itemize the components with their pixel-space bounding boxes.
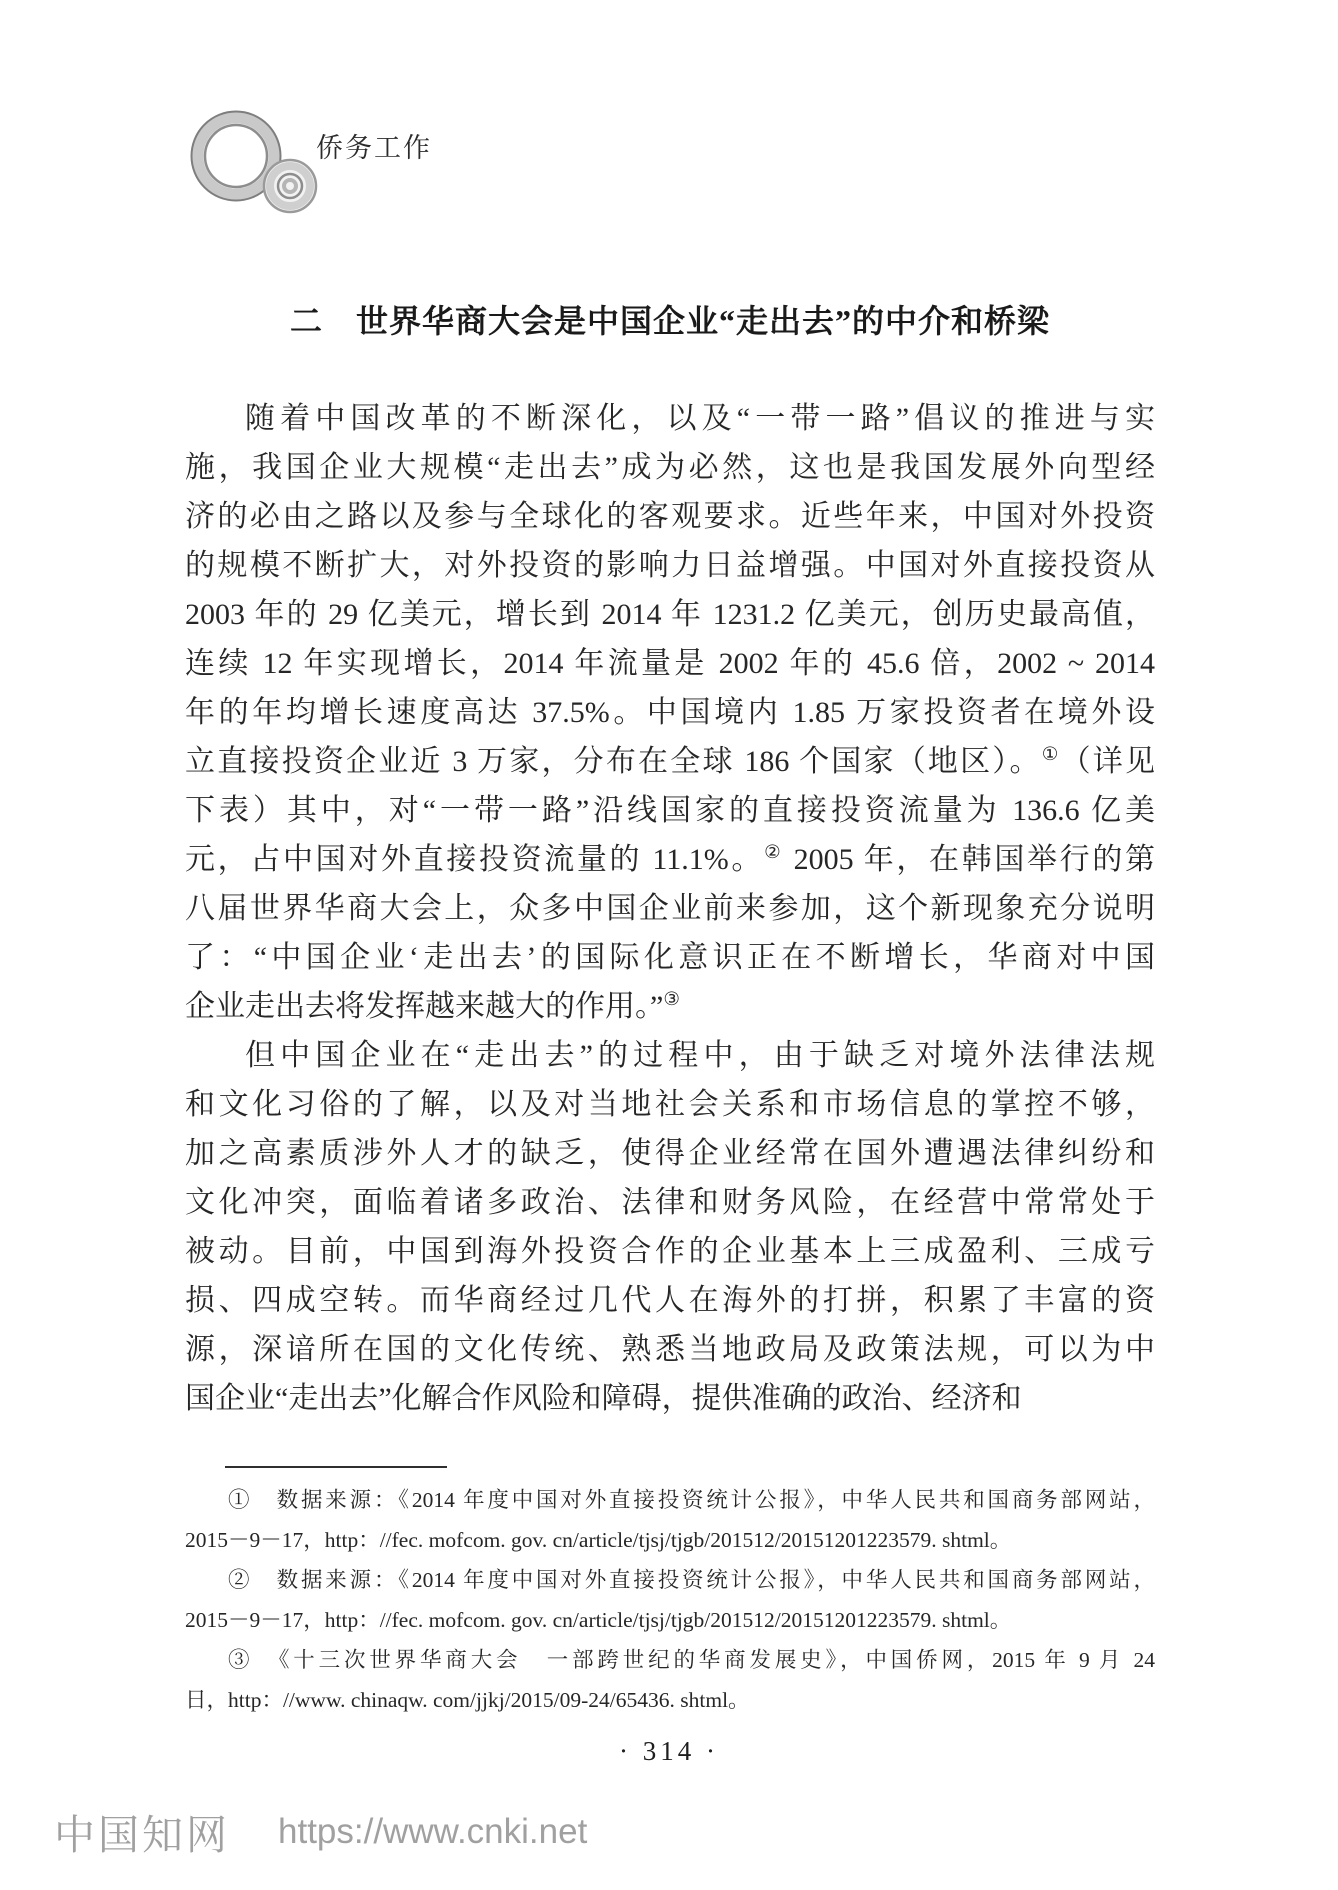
text-line: 2015－9－17，http：//fec. mofcom. gov. cn/ar… <box>185 1600 1155 1640</box>
text-line: ① 数据来源：《2014 年度中国对外直接投资统计公报》，中华人民共和国商务部网… <box>185 1480 1155 1520</box>
paragraph-2: 但中国企业在“走出去”的过程中，由于缺乏对境外法律法规和文化习俗的了解，以及对当… <box>185 1031 1155 1423</box>
text-line: 的规模不断扩大，对外投资的影响力日益增强。中国对外直接投资从 <box>185 541 1155 590</box>
text-line: ③ 《十三次世界华商大会 一部跨世纪的华商发展史》，中国侨网，2015 年 9 … <box>185 1640 1155 1680</box>
cnki-logo-text: 中国知网 <box>54 1802 230 1861</box>
text-line: 加之高素质涉外人才的缺乏，使得企业经常在国外遭遇法律纠纷和 <box>185 1129 1155 1178</box>
text-line: 下表）其中，对“一带一路”沿线国家的直接投资流量为 136.6 亿美 <box>185 786 1155 835</box>
page-number: · 314 · <box>0 1736 1338 1767</box>
footnote-1: ① 数据来源：《2014 年度中国对外直接投资统计公报》，中华人民共和国商务部网… <box>185 1480 1155 1560</box>
text-line: 元，占中国对外直接投资流量的 11.1%。② 2005 年，在韩国举行的第 <box>185 835 1155 884</box>
text-line: 年的年均增长速度高达 37.5%。中国境内 1.85 万家投资者在境外设 <box>185 688 1155 737</box>
paragraph-1: 随着中国改革的不断深化，以及“一带一路”倡议的推进与实施，我国企业大规模“走出去… <box>185 394 1155 1031</box>
text-line: 国企业“走出去”化解合作风险和障碍，提供准确的政治、经济和 <box>185 1374 1155 1423</box>
text-line: 源，深谙所在国的文化传统、熟悉当地政局及政策法规，可以为中 <box>185 1325 1155 1374</box>
footnote-3: ③ 《十三次世界华商大会 一部跨世纪的华商发展史》，中国侨网，2015 年 9 … <box>185 1640 1155 1720</box>
text-line: 了：“中国企业‘走出去’的国际化意识正在不断增长，华商对中国 <box>185 933 1155 982</box>
text-line: 企业走出去将发挥越来越大的作用。”③ <box>185 982 1155 1031</box>
text-line: 随着中国改革的不断深化，以及“一带一路”倡议的推进与实 <box>185 394 1155 443</box>
text-line: 连续 12 年实现增长，2014 年流量是 2002 年的 45.6 倍，200… <box>185 639 1155 688</box>
cnki-url: https://www.cnki.net <box>278 1812 587 1852</box>
text-line: 立直接投资企业近 3 万家，分布在全球 186 个国家（地区）。①（详见 <box>185 737 1155 786</box>
text-line: 和文化习俗的了解，以及对当地社会关系和市场信息的掌控不够， <box>185 1080 1155 1129</box>
text-line: 损、四成空转。而华商经过几代人在海外的打拼，积累了丰富的资 <box>185 1276 1155 1325</box>
document-page: 侨务工作 二 世界华商大会是中国企业“走出去”的中介和桥梁 随着中国改革的不断深… <box>0 0 1338 1890</box>
text-line: ② 数据来源：《2014 年度中国对外直接投资统计公报》，中华人民共和国商务部网… <box>185 1560 1155 1600</box>
text-line: 文化冲突，面临着诸多政治、法律和财务风险，在经营中常常处于 <box>185 1178 1155 1227</box>
page-title: 二 世界华商大会是中国企业“走出去”的中介和桥梁 <box>185 296 1155 342</box>
watermark: 中国知网 https://www.cnki.net <box>54 1802 587 1861</box>
body-text: 随着中国改革的不断深化，以及“一带一路”倡议的推进与实施，我国企业大规模“走出去… <box>185 394 1155 1423</box>
section-label: 侨务工作 <box>316 126 432 165</box>
text-line: 被动。目前，中国到海外投资合作的企业基本上三成盈利、三成亏 <box>185 1227 1155 1276</box>
text-line: 2015－9－17，http：//fec. mofcom. gov. cn/ar… <box>185 1520 1155 1560</box>
text-line: 2003 年的 29 亿美元，增长到 2014 年 1231.2 亿美元，创历史… <box>185 590 1155 639</box>
rings-logo-svg <box>186 106 326 216</box>
footnote-2: ② 数据来源：《2014 年度中国对外直接投资统计公报》，中华人民共和国商务部网… <box>185 1560 1155 1640</box>
text-line: 济的必由之路以及参与全球化的客观要求。近些年来，中国对外投资 <box>185 492 1155 541</box>
text-line: 八届世界华商大会上，众多中国企业前来参加，这个新现象充分说明 <box>185 884 1155 933</box>
text-line: 施，我国企业大规模“走出去”成为必然，这也是我国发展外向型经 <box>185 443 1155 492</box>
footnotes: ① 数据来源：《2014 年度中国对外直接投资统计公报》，中华人民共和国商务部网… <box>185 1480 1155 1720</box>
footnote-divider <box>225 1466 447 1468</box>
text-line: 但中国企业在“走出去”的过程中，由于缺乏对境外法律法规 <box>185 1031 1155 1080</box>
rings-logo-icon <box>186 106 326 216</box>
text-line: 日，http：//www. chinaqw. com/jjkj/2015/09-… <box>185 1680 1155 1720</box>
